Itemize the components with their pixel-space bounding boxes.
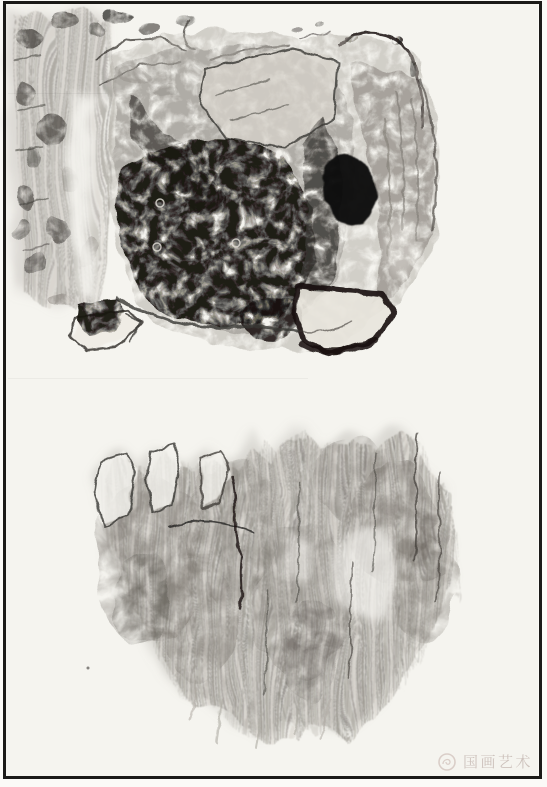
watermark-text: 国画艺术 xyxy=(463,751,533,772)
right-lobe-light-patch xyxy=(380,224,420,276)
small-rock xyxy=(70,300,142,350)
watermark-logo-icon xyxy=(437,752,457,772)
painting-canvas xyxy=(0,0,547,787)
stray-ink-speck xyxy=(87,667,90,670)
rock-dark-core xyxy=(116,140,316,325)
lower-rock-study xyxy=(87,424,457,748)
left-cliff xyxy=(7,8,108,315)
scanned-painting-page: 国画艺术 xyxy=(0,0,547,787)
main-rock-mass xyxy=(107,30,439,354)
watermark: 国画艺术 xyxy=(437,751,533,772)
upper-rock-study xyxy=(7,8,439,354)
